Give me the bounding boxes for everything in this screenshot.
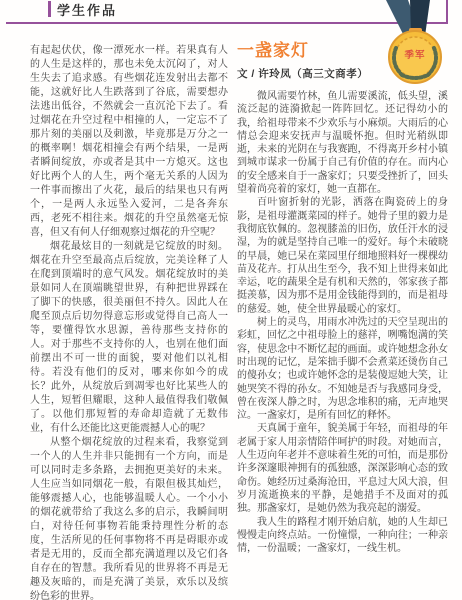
article-body: 微风需要竹林，鱼儿需要溪流，低头望，溪流泛起的涟漪掀起一阵阵回忆。还记得幼小的我… <box>237 90 448 555</box>
left-article-paragraph: 烟花最炫目的一刻就是它绽放的时刻。烟花在升空至最高点后绽放，完美诠释了人在爬到顶… <box>30 240 228 436</box>
header-divider <box>6 22 448 24</box>
article-paragraph: 树上的灵鸟，用雨水冲洗过的天空呈现出的彩虹，回忆之中祖母脸上的慈祥，咧嘴饱满的笑… <box>237 316 448 422</box>
article-paragraph: 百叶窗折射的光影，洒落在陶瓷砖上的身影，是祖母灌溉菜园的样子。她骨子里的毅力是我… <box>237 196 448 316</box>
article-paragraph: 我人生的路程才刚开始启航，她的人生却已慢慢走向终点站。一份憧憬，一种向往；一种亲… <box>237 516 448 556</box>
left-article-column: 有起起伏伏，像一潭死水一样。若果真有人的人生是这样的，那也未免太沉闷了，对人生失… <box>30 44 228 600</box>
left-article-paragraph: 有起起伏伏，像一潭死水一样。若果真有人的人生是这样的，那也未免太沉闷了，对人生失… <box>30 44 228 240</box>
section-accent-bar <box>48 1 51 17</box>
article-paragraph: 天真属于童年，貌美属于年轻，而祖母的年老属于家人用亲情陪伴呵护的时段。对她而言，… <box>237 422 448 515</box>
right-article-column: 一盏家灯 文 / 许玲凤（高三文商孝） 微风需要竹林，鱼儿需要溪流，低头望，溪流… <box>237 36 448 555</box>
article-title: 一盏家灯 <box>237 36 448 61</box>
article-paragraph: 微风需要竹林，鱼儿需要溪流，低头望，溪流泛起的涟漪掀起一阵阵回忆。还记得幼小的我… <box>237 90 448 196</box>
article-byline: 文 / 许玲凤（高三文商孝） <box>237 66 448 81</box>
magazine-page: 学生作品 季军 有起起伏伏，像一潭死水一样。若果真有人的人生是这样的，那也未免太… <box>0 0 462 600</box>
left-article-paragraph: 从整个烟花绽放的过程来看，我察觉到一个人的人生并非只能拥有一个方向，而是可以同时… <box>30 436 228 600</box>
section-title: 学生作品 <box>57 0 117 19</box>
